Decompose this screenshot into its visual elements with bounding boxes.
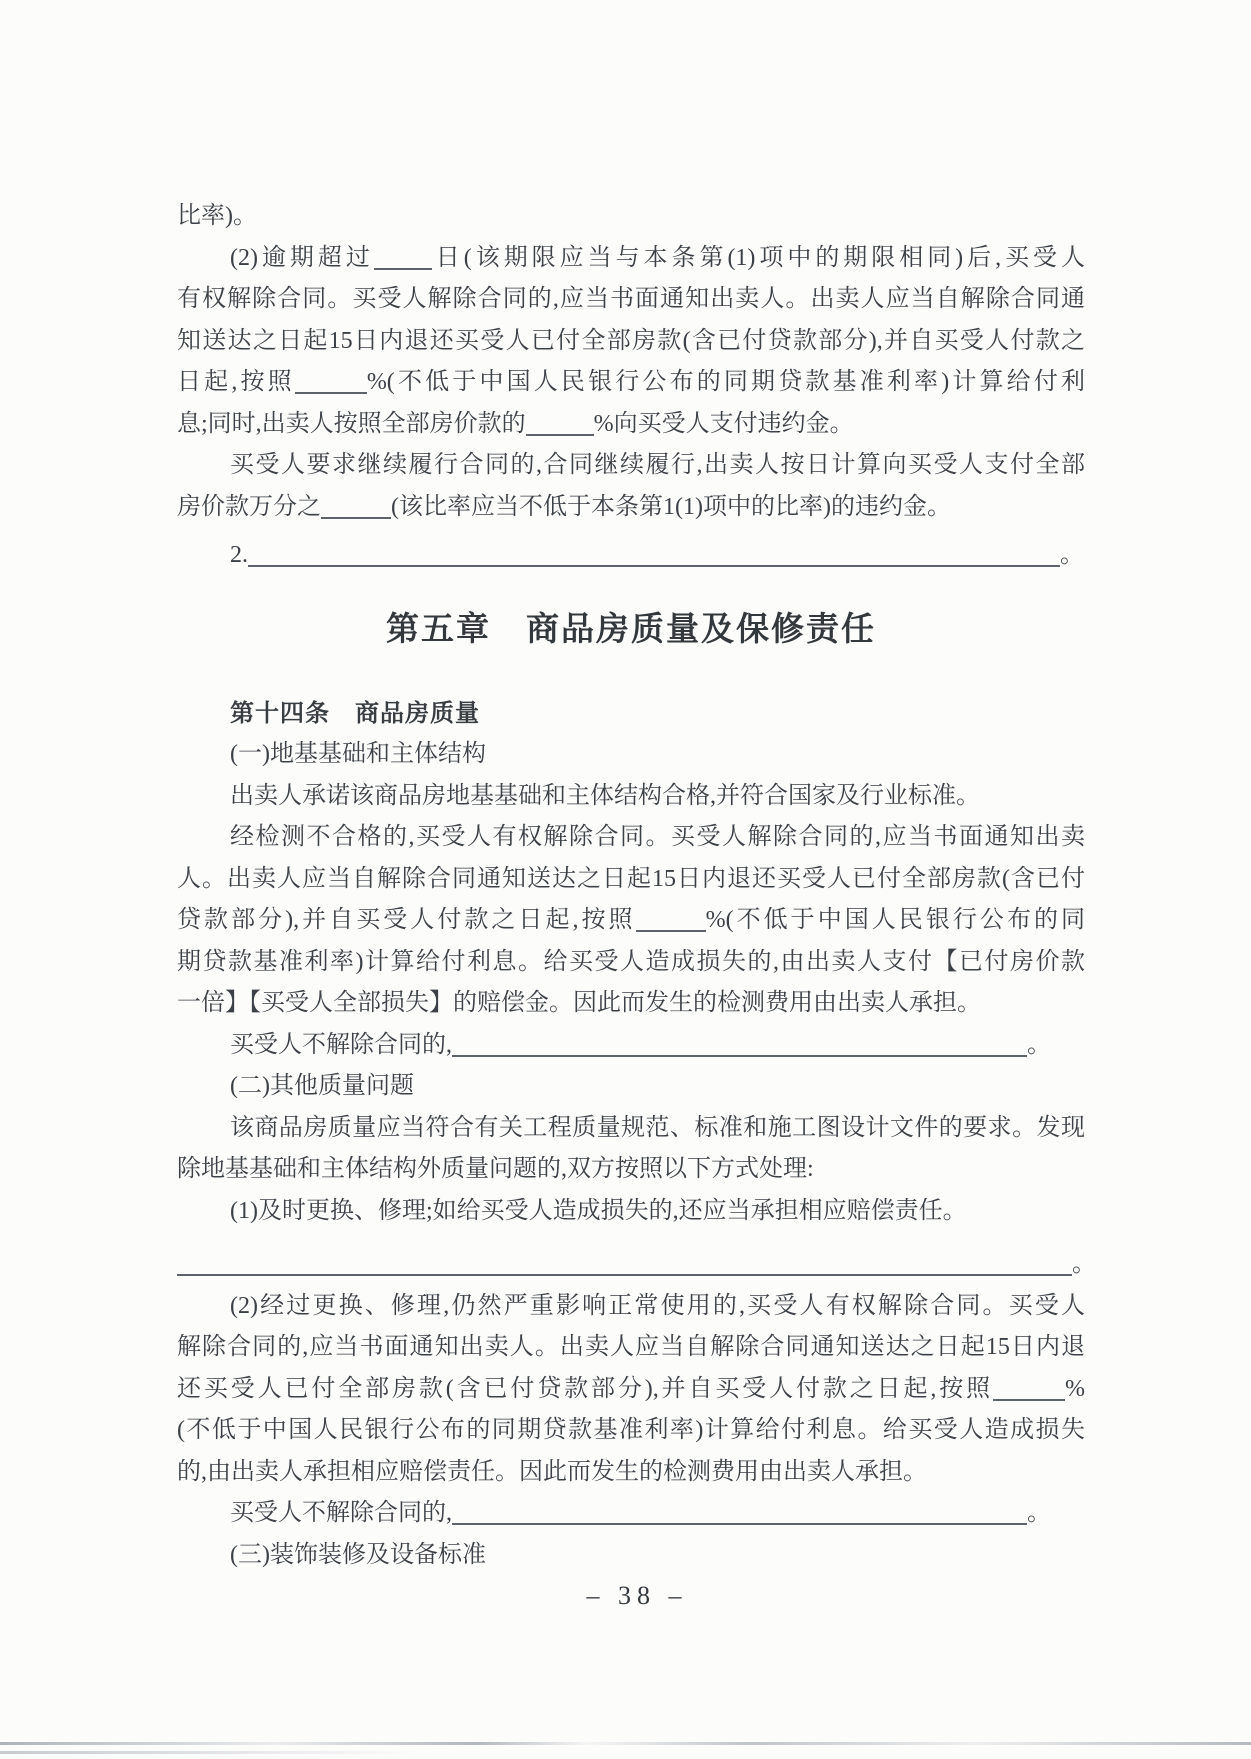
contract-line: (一)地基基础和主体结构 [177,734,1085,776]
contract-text: 比率)。 [177,203,257,229]
fill-in-blank [177,1274,1072,1276]
contract-text: 该商品房质量应当符合有关工程质量规范、标准和施工图设计文件的要求。发现 [230,1115,1085,1141]
contract-line: 买受人不解除合同的,。 [177,1025,1085,1067]
contract-line: 房价款万分之(该比率应当不低于本条第1(1)项中的比率)的违约金。 [177,487,1085,529]
contract-text: 人。出卖人应当自解除合同通知送达之日起15日内退还买受人已付全部房款(含已付 [177,866,1085,892]
contract-text: (三)装饰装修及设备标准 [230,1542,486,1568]
contract-line: 出卖人承诺该商品房地基基础和主体结构合格,并符合国家及行业标准。 [177,776,1085,818]
contract-text: (一)地基基础和主体结构 [230,741,486,767]
contract-text: 2. [230,542,248,568]
contract-text: 。 [1027,1032,1051,1058]
contract-text: 买受人不解除合同的, [230,1500,452,1526]
contract-line: 的,由出卖人承担相应赔偿责任。因此而发生的检测费用由出卖人承担。 [177,1452,1085,1494]
contract-text: (2)逾期超过 [230,245,374,271]
contract-text: (不低于中国人民银行公布的同期贷款基准利率)计算给付利息。给买受人造成损失 [177,1417,1085,1443]
contract-text: 期贷款基准利率)计算给付利息。给买受人造成损失的,由出卖人支付【已付房价款 [177,949,1085,975]
contract-text: (二)其他质量问题 [230,1073,414,1099]
contract-text: 买受人要求继续履行合同的,合同继续履行,出卖人按日计算向买受人支付全部 [230,452,1085,478]
contract-line: (三)装饰装修及设备标准 [177,1535,1085,1577]
contract-text: 买受人不解除合同的, [230,1032,452,1058]
contract-line: (不低于中国人民银行公布的同期贷款基准利率)计算给付利息。给买受人造成损失 [177,1410,1085,1452]
fill-in-blank [295,392,367,394]
contract-line: 知送达之日起15日内退还买受人已付全部房款(含已付贷款部分),并自买受人付款之 [177,321,1085,363]
fill-in-blank [321,517,391,519]
contract-text: 日(该期限应当与本条第(1)项中的期限相同)后,买受人 [432,245,1085,271]
contract-text: 贷款部分),并自买受人付款之日起,按照 [177,907,636,933]
contract-text: 还买受人已付全部房款(含已付贷款部分),并自买受人付款之日起,按照 [177,1376,993,1402]
contract-line: 日起,按照%(不低于中国人民银行公布的同期贷款基准利率)计算给付利 [177,362,1085,404]
contract-text: 经检测不合格的,买受人有权解除合同。买受人解除合同的,应当书面通知出卖 [230,824,1085,850]
contract-line: 有权解除合同。买受人解除合同的,应当书面通知出卖人。出卖人应当自解除合同通 [177,279,1085,321]
contract-text: 知送达之日起15日内退还买受人已付全部房款(含已付贷款部分),并自买受人付款之 [177,328,1085,354]
fill-in-blank [248,565,1060,567]
contract-text: (该比率应当不低于本条第1(1)项中的比率)的违约金。 [391,494,951,520]
contract-line: 。 [177,1244,1085,1286]
contract-line: 比率)。 [177,196,1085,238]
contract-text: 出卖人承诺该商品房地基基础和主体结构合格,并符合国家及行业标准。 [230,783,980,809]
contract-text: 第十四条 商品房质量 [230,700,480,727]
contract-line: (2)逾期超过日(该期限应当与本条第(1)项中的期限相同)后,买受人 [177,238,1085,280]
contract-line: 一倍】【买受人全部损失】的赔偿金。因此而发生的检测费用由出卖人承担。 [177,983,1085,1025]
contract-text: 。 [1027,1500,1051,1526]
contract-line: (2)经过更换、修理,仍然严重影响正常使用的,买受人有权解除合同。买受人 [177,1286,1085,1328]
contract-line: 该商品房质量应当符合有关工程质量规范、标准和施工图设计文件的要求。发现 [177,1108,1085,1150]
contract-text: (2)经过更换、修理,仍然严重影响正常使用的,买受人有权解除合同。买受人 [230,1293,1085,1319]
contract-text: % [1065,1376,1085,1402]
contract-text: 息;同时,出卖人按照全部房价款的 [177,411,526,437]
contract-text: 有权解除合同。买受人解除合同的,应当书面通知出卖人。出卖人应当自解除合同通 [177,286,1085,312]
fill-in-blank [452,1523,1027,1525]
fill-in-blank [636,930,706,932]
contract-text: 日起,按照 [177,369,295,395]
contract-line: 息;同时,出卖人按照全部房价款的%向买受人支付违约金。 [177,404,1085,446]
fill-in-blank [452,1055,1027,1057]
chapter-heading: 第五章 商品房质量及保修责任 [177,599,1085,659]
contract-text: 房价款万分之 [177,494,321,520]
page-number: – 38 – [0,1581,1251,1611]
contract-line: 解除合同的,应当书面通知出卖人。出卖人应当自解除合同通知送达之日起15日内退 [177,1327,1085,1369]
fill-in-blank [526,434,594,436]
contract-text: %(不低于中国人民银行公布的同 [706,907,1085,933]
fill-in-blank [374,268,432,270]
contract-text: %(不低于中国人民银行公布的同期贷款基准利率)计算给付利 [367,369,1085,395]
contract-line: (1)及时更换、修理;如给买受人造成损失的,还应当承担相应赔偿责任。 [177,1191,1085,1233]
contract-line: 贷款部分),并自买受人付款之日起,按照%(不低于中国人民银行公布的同 [177,900,1085,942]
contract-text: (1)及时更换、修理;如给买受人造成损失的,还应当承担相应赔偿责任。 [230,1198,967,1224]
contract-line: 还买受人已付全部房款(含已付贷款部分),并自买受人付款之日起,按照% [177,1369,1085,1411]
contract-text: 一倍】【买受人全部损失】的赔偿金。因此而发生的检测费用由出卖人承担。 [177,990,981,1016]
fill-in-blank [993,1399,1065,1401]
contract-text: 除地基基础和主体结构外质量问题的,双方按照以下方式处理: [177,1156,814,1182]
contract-line: 人。出卖人应当自解除合同通知送达之日起15日内退还买受人已付全部房款(含已付 [177,859,1085,901]
document-page: 比率)。(2)逾期超过日(该期限应当与本条第(1)项中的期限相同)后,买受人有权… [0,0,1251,1759]
contract-line: 除地基基础和主体结构外质量问题的,双方按照以下方式处理: [177,1149,1085,1191]
contract-line: 经检测不合格的,买受人有权解除合同。买受人解除合同的,应当书面通知出卖 [177,817,1085,859]
contract-line: 买受人要求继续履行合同的,合同继续履行,出卖人按日计算向买受人支付全部 [177,445,1085,487]
contract-line: 2.。 [177,535,1085,577]
contract-text: 第五章 商品房质量及保修责任 [386,610,876,647]
contract-line: (二)其他质量问题 [177,1066,1085,1108]
scan-artifact-line [0,1751,420,1754]
contract-line: 期贷款基准利率)计算给付利息。给买受人造成损失的,由出卖人支付【已付房价款 [177,942,1085,984]
contract-text: %向买受人支付违约金。 [594,411,854,437]
contract-text: 。 [1060,542,1084,568]
contract-text: 。 [1072,1251,1085,1277]
contract-line: 买受人不解除合同的,。 [177,1493,1085,1535]
scan-artifact-line [0,1742,1251,1745]
contract-text: 解除合同的,应当书面通知出卖人。出卖人应当自解除合同通知送达之日起15日内退 [177,1334,1085,1360]
section-heading: 第十四条 商品房质量 [177,693,1085,735]
contract-body: 比率)。(2)逾期超过日(该期限应当与本条第(1)项中的期限相同)后,买受人有权… [177,196,1085,1576]
contract-text: 的,由出卖人承担相应赔偿责任。因此而发生的检测费用由出卖人承担。 [177,1459,927,1485]
